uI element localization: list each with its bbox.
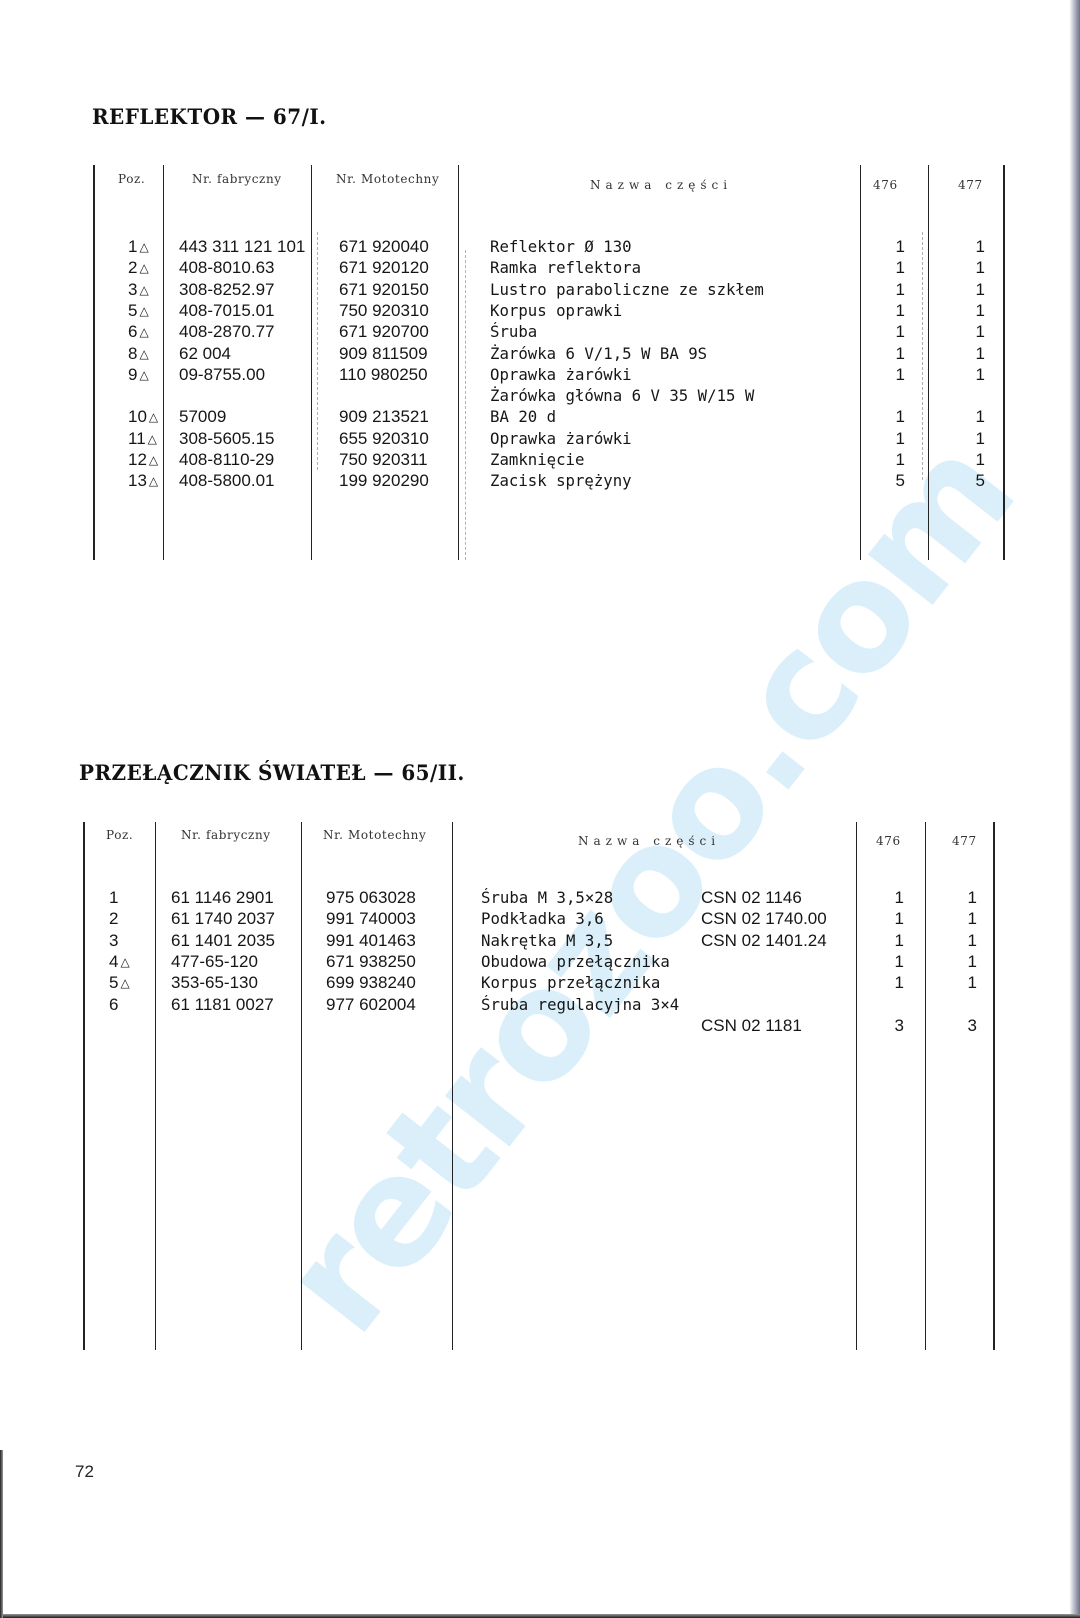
cell-poz: 10△ (128, 406, 168, 428)
triangle-mark-icon: △ (120, 955, 129, 969)
cell-poz: 11△ (128, 428, 168, 450)
cell-nr-mototechny: 699 938240 (326, 972, 416, 993)
cell-nazwa: Oprawka żarówki (490, 364, 632, 385)
cell-poz: 9△ (128, 364, 168, 386)
cell-nr-mototechny: 671 920150 (339, 279, 429, 300)
cell-qty-476: 3 (884, 1015, 904, 1036)
cell-nr-fabryczny: 61 1181 0027 (171, 994, 274, 1015)
column-rule (860, 165, 861, 560)
cell-poz: 8△ (128, 343, 168, 365)
cell-poz: 12△ (128, 449, 168, 471)
cell-poz: 1 (109, 887, 149, 908)
cell-qty-477: 1 (965, 321, 985, 342)
cell-nr-fabryczny: 408-5800.01 (179, 470, 274, 491)
cell-qty-476: 5 (885, 470, 905, 491)
cell-nr-mototechny: 991 740003 (326, 908, 416, 929)
cell-nazwa: Podkładka 3,6 (481, 908, 604, 929)
page-edge-bottom (0, 1614, 1080, 1618)
cell-qty-476: 1 (885, 321, 905, 342)
cell-qty-477: 5 (965, 470, 985, 491)
column-header-model-b: 477 (958, 178, 983, 192)
cell-nr-mototechny: 671 938250 (326, 951, 416, 972)
column-header-model-a: 476 (876, 834, 901, 848)
cell-qty-477: 1 (957, 972, 977, 993)
cell-nr-fabryczny: 61 1146 2901 (171, 887, 274, 908)
triangle-mark-icon: △ (120, 976, 129, 990)
cell-qty-477: 1 (965, 257, 985, 278)
column-rule (83, 822, 85, 1350)
cell-nazwa: Żarówka główna 6 V 35 W/15 W BA 20 d (490, 385, 754, 428)
column-rule (155, 822, 156, 1350)
column-rule (458, 165, 459, 560)
column-rule-faint (922, 232, 923, 480)
column-header-nr-fabryczny: Nr. fabryczny (192, 172, 282, 186)
cell-nr-fabryczny: 57009 (179, 406, 226, 427)
cell-nr-mototechny: 655 920310 (339, 428, 429, 449)
cell-qty-477: 1 (957, 951, 977, 972)
cell-nr-fabryczny: 408-8010.63 (179, 257, 274, 278)
cell-nr-mototechny: 671 920120 (339, 257, 429, 278)
cell-nazwa: Oprawka żarówki (490, 428, 632, 449)
column-header-nazwa: Nazwa części (590, 178, 732, 192)
cell-nr-fabryczny: 62 004 (179, 343, 231, 364)
triangle-mark-icon: △ (139, 304, 148, 318)
cell-qty-476: 1 (885, 364, 905, 385)
cell-qty-476: 1 (884, 930, 904, 951)
cell-qty-477: 1 (957, 887, 977, 908)
cell-qty-477: 1 (965, 300, 985, 321)
cell-standard: CSN 02 1146 (701, 887, 802, 908)
cell-nr-fabryczny: 408-7015.01 (179, 300, 274, 321)
cell-nr-mototechny: 671 920700 (339, 321, 429, 342)
cell-qty-476: 1 (885, 428, 905, 449)
cell-nr-mototechny: 671 920040 (339, 236, 429, 257)
cell-nr-fabryczny: 477-65-120 (171, 951, 258, 972)
cell-poz: 2△ (128, 257, 168, 279)
cell-nazwa: Żarówka 6 V/1,5 W BA 9S (490, 343, 707, 364)
column-rule (93, 165, 95, 560)
cell-nazwa: Zacisk sprężyny (490, 470, 632, 491)
column-header-poz: Poz. (106, 828, 133, 842)
cell-poz: 2 (109, 908, 149, 929)
column-rule (1003, 165, 1005, 560)
cell-nr-mototechny: 991 401463 (326, 930, 416, 951)
cell-poz: 3△ (128, 279, 168, 301)
cell-nazwa: Korpus przełącznika (481, 972, 660, 993)
section-title-reflektor: REFLEKTOR — 67/I. (92, 104, 327, 129)
cell-nazwa: Reflektor Ø 130 (490, 236, 632, 257)
cell-qty-476: 1 (884, 887, 904, 908)
column-rule (856, 822, 857, 1350)
column-header-model-a: 476 (873, 178, 898, 192)
cell-qty-476: 1 (885, 300, 905, 321)
cell-qty-477: 1 (965, 364, 985, 385)
cell-nazwa: Obudowa przełącznika (481, 951, 670, 972)
cell-nr-fabryczny: 308-5605.15 (179, 428, 274, 449)
triangle-mark-icon: △ (139, 240, 148, 254)
column-rule (993, 822, 995, 1350)
cell-poz: 4△ (109, 951, 149, 973)
column-header-nr-fabryczny: Nr. fabryczny (181, 828, 271, 842)
cell-nr-fabryczny: 443 311 121 101 (179, 236, 305, 257)
cell-nr-fabryczny: 308-8252.97 (179, 279, 274, 300)
page-edge-right (1070, 0, 1080, 1618)
column-rule-faint (465, 250, 466, 560)
section-title-przelacznik: PRZEŁĄCZNIK ŚWIATEŁ — 65/II. (79, 760, 465, 785)
column-header-nr-mototechny: Nr. Mototechny (336, 172, 439, 186)
cell-qty-477: 1 (965, 343, 985, 364)
cell-nr-mototechny: 909 213521 (339, 406, 429, 427)
column-rule (925, 822, 926, 1350)
cell-poz: 5△ (109, 972, 149, 994)
cell-poz: 5△ (128, 300, 168, 322)
cell-poz: 6△ (128, 321, 168, 343)
cell-qty-477: 1 (957, 908, 977, 929)
cell-qty-476: 1 (885, 343, 905, 364)
cell-nr-mototechny: 975 063028 (326, 887, 416, 908)
page-number: 72 (75, 1462, 94, 1482)
triangle-mark-icon: △ (139, 261, 148, 275)
cell-nazwa: Korpus oprawki (490, 300, 622, 321)
cell-qty-477: 1 (965, 236, 985, 257)
column-rule (928, 165, 929, 560)
column-header-poz: Poz. (118, 172, 145, 186)
cell-nr-fabryczny: 353-65-130 (171, 972, 258, 993)
cell-nr-mototechny: 750 920310 (339, 300, 429, 321)
cell-qty-477: 1 (965, 406, 985, 427)
cell-poz: 6 (109, 994, 149, 1015)
cell-qty-476: 1 (884, 951, 904, 972)
triangle-mark-icon: △ (149, 453, 158, 467)
column-header-nr-mototechny: Nr. Mototechny (323, 828, 426, 842)
cell-qty-477: 3 (957, 1015, 977, 1036)
cell-poz: 3 (109, 930, 149, 951)
cell-nazwa: Ramka reflektora (490, 257, 641, 278)
cell-nr-fabryczny: 408-2870.77 (179, 321, 274, 342)
cell-qty-476: 1 (885, 449, 905, 470)
cell-qty-476: 1 (885, 279, 905, 300)
cell-qty-476: 1 (885, 257, 905, 278)
cell-poz: 1△ (128, 236, 168, 258)
triangle-mark-icon: △ (149, 410, 158, 424)
triangle-mark-icon: △ (139, 283, 148, 297)
cell-nr-fabryczny: 09-8755.00 (179, 364, 265, 385)
column-rule (452, 822, 453, 1350)
cell-qty-476: 1 (884, 972, 904, 993)
cell-standard: CSN 02 1181 (701, 1015, 802, 1036)
triangle-mark-icon: △ (148, 432, 157, 446)
cell-qty-476: 1 (884, 908, 904, 929)
cell-qty-477: 1 (965, 279, 985, 300)
cell-standard: CSN 02 1401.24 (701, 930, 827, 951)
cell-qty-477: 1 (965, 428, 985, 449)
page-edge-left (0, 1450, 3, 1618)
cell-qty-477: 1 (965, 449, 985, 470)
cell-qty-476: 1 (885, 406, 905, 427)
cell-nazwa: Śruba M 3,5×28 (481, 887, 613, 908)
cell-nr-mototechny: 909 811509 (339, 343, 428, 364)
cell-nazwa: Śruba regulacyjna 3×4 (481, 994, 679, 1015)
triangle-mark-icon: △ (149, 474, 158, 488)
triangle-mark-icon: △ (139, 347, 148, 361)
cell-qty-476: 1 (885, 236, 905, 257)
cell-nr-mototechny: 199 920290 (339, 470, 429, 491)
column-header-model-b: 477 (952, 834, 977, 848)
cell-nr-mototechny: 750 920311 (339, 449, 428, 470)
cell-nr-mototechny: 977 602004 (326, 994, 416, 1015)
cell-nazwa: Nakrętka M 3,5 (481, 930, 613, 951)
cell-nr-fabryczny: 408-8110-29 (179, 449, 274, 470)
column-rule (311, 165, 312, 560)
triangle-mark-icon: △ (139, 368, 148, 382)
column-rule-faint (317, 232, 318, 470)
triangle-mark-icon: △ (139, 325, 148, 339)
cell-nr-mototechny: 110 980250 (339, 364, 428, 385)
cell-standard: CSN 02 1740.00 (701, 908, 827, 929)
cell-nazwa: Lustro paraboliczne ze szkłem (490, 279, 764, 300)
cell-nr-fabryczny: 61 1740 2037 (171, 908, 275, 929)
cell-nazwa: Śruba (490, 321, 537, 342)
cell-poz: 13△ (128, 470, 168, 492)
cell-nazwa: Zamknięcie (490, 449, 584, 470)
column-header-nazwa: Nazwa części (578, 834, 720, 848)
cell-nr-fabryczny: 61 1401 2035 (171, 930, 275, 951)
column-rule (301, 822, 302, 1350)
cell-qty-477: 1 (957, 930, 977, 951)
